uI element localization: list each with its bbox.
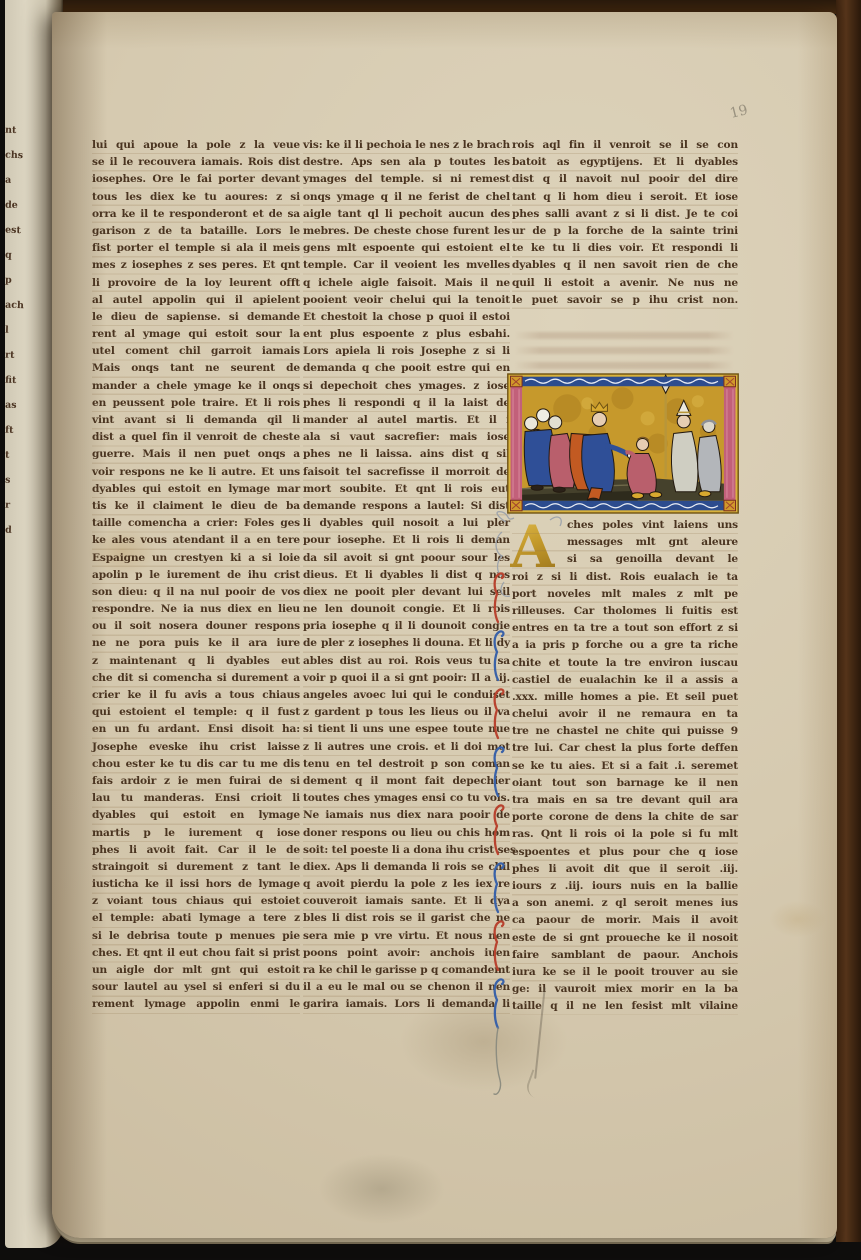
text-line: orra ke il te responderont et de sa (92, 206, 300, 223)
text-line: chelui avoir il ne remaura en ta (512, 706, 738, 723)
book-cover-right-edge (836, 0, 861, 1242)
text-line: ach (5, 301, 29, 312)
text-line: mander al autel martis. Et il i (303, 412, 510, 429)
text-column-1: lui qui apoue la pole z la veuese il le … (92, 137, 300, 1014)
text-line: che dit si comencha si durement a (92, 670, 300, 687)
text-line: tra mais en sa tre devant quil ara (512, 792, 738, 809)
text-line: son dieu: q il na nul pooir de vos (92, 584, 300, 601)
gutter-text-fragments: ntchsadeestqpachlrtfitasfttsrd (5, 126, 29, 536)
text-line: mander a chele ymage ke il onqs (92, 378, 300, 395)
text-line: mes z iosephes z ses peres. Et qnt (92, 257, 300, 274)
text-line: rilleuses. Car tholomes li fuitis est (512, 603, 738, 620)
text-line: nt (5, 126, 29, 137)
text-line: dement q il mont fait depechier (303, 773, 510, 790)
text-line: q ichele aigle faisoit. Mais il ne (303, 275, 510, 292)
text-line: tis ke il claiment le dieu de ba (92, 498, 300, 515)
text-line: dyables qui estoit en lymage mar (92, 481, 300, 498)
text-line: z gardent p tous les lieus ou il va (303, 704, 510, 721)
text-line: diex. Aps li demanda li rois se chil (303, 859, 510, 876)
text-line: a ia pris p forche ou a gre ta riche (512, 637, 738, 654)
text-line: sour lautel au ysel si enferi si du (92, 979, 300, 996)
text-line: phes li avoit fait. Car il le de (92, 842, 300, 859)
text-line: al autel appolin qui il apielent (92, 292, 300, 309)
text-line: dieus. Et li dyables li dist q nus (303, 567, 510, 584)
text-line: Et chestoit la chose p quoi il estoi (303, 309, 510, 326)
text-line: z maintenant q li dyables eut (92, 653, 300, 670)
text-line: diex ne pooit pler devant lui seil (303, 584, 510, 601)
text-line: espoentes et plus pour che q iose (512, 844, 738, 861)
text-line: ala si vaut sacrefier: mais iose (303, 429, 510, 446)
text-line: vint avant si li demanda qil li (92, 412, 300, 429)
text-line: Lors apiela li rois Josephe z si li (303, 343, 510, 360)
text-line: iosephes. Ore le fai porter devant (92, 171, 300, 188)
text-line: gens mlt espoente qui estoient el (303, 240, 510, 257)
text-line: onqs ymage q il ne ferist de chel (303, 189, 510, 206)
text-line: t (5, 451, 29, 462)
text-line: temple. Car il veoient les mvelles (303, 257, 510, 274)
text-line: il a eu le mal ou se chenon il nen (303, 979, 510, 996)
court-scene-miniature (507, 373, 739, 514)
text-line: de pler z iosephes li douna. Et li dy (303, 635, 510, 652)
text-line: soit: tel poeste li a dona ihu crist ses (303, 842, 510, 859)
text-line: si sa genoilla devant le (567, 551, 738, 568)
miniature-illustration (507, 373, 739, 514)
text-line: taille q il ne len fesist mlt vilaine (512, 998, 738, 1015)
text-line: poons point avoir: anchois iuen (303, 945, 510, 962)
text-line: phes li avoit dit que il seroit .iij. (512, 861, 738, 878)
text-line: voir respons ne ke li autre. Et uns (92, 464, 300, 481)
text-line: rois aql fin il venroit se il se con (512, 137, 738, 154)
text-line: respondre. Ne ia nus diex en lieu (92, 601, 300, 618)
text-line: chou ester ke tu dis car tu me dis (92, 756, 300, 773)
text-line: rent al ymage qui estoit sour la (92, 326, 300, 343)
text-line: aigle tant ql li pechoit aucun des (303, 206, 510, 223)
manuscript-photo: ntchsadeestqpachlrtfitasfttsrd 19 lui qu… (0, 0, 861, 1260)
text-line: l (5, 326, 29, 337)
text-line: le puet savoir se p ihu crist non. (512, 292, 738, 309)
text-line: chs (5, 151, 29, 162)
text-line: bles li dist rois se il garist che ne (303, 910, 510, 927)
text-line: chite et toute la tre environ iuscau (512, 655, 738, 672)
flourish-icon (490, 570, 508, 1100)
text-line: phes ne li laissa. ains dist q sil (303, 446, 510, 463)
text-line: demande respons a lautel: Si dist (303, 498, 510, 515)
text-column-3-upper: rois aql fin il venroit se il se conbato… (512, 137, 738, 309)
text-line: iours z .iij. iours nuis en la ballie (512, 878, 738, 895)
text-line: oiant tout son barnage ke il nen (512, 775, 738, 792)
text-column-3-lower: ches poles vint laiens unsmessages mlt g… (512, 517, 738, 1015)
manuscript-page: 19 lui qui apoue la pole z la veuese il … (52, 12, 837, 1238)
text-line: qui estoient el temple: q il fust (92, 704, 300, 721)
text-line: ras. Qnt li rois oi la pole si fu mlt (512, 826, 738, 843)
text-line: ft (5, 426, 29, 437)
text-line: q (5, 251, 29, 262)
text-line: quil li estoit a avenir. Ne nus ne (512, 275, 738, 292)
text-line: pria iosephe q il li dounoit congie (303, 618, 510, 635)
text-line: tous les diex ke tu aoures: z si (92, 189, 300, 206)
text-line: a son anemi. z ql seroit menes ius (512, 895, 738, 912)
text-line: fist porter el temple si ala il meis (92, 240, 300, 257)
text-line: le dieu de sapiense. si demande (92, 309, 300, 326)
text-line: ge: il vauroit miex morir en la ba (512, 981, 738, 998)
text-line: un aigle dor mlt gnt qui estoit (92, 962, 300, 979)
text-line: doner respons ou lieu ou chis hom (303, 825, 510, 842)
text-line: pooient veoir chelui qui la tenoit (303, 292, 510, 309)
text-line: entres en ta tre a tout son effort z si (512, 620, 738, 637)
text-line: ches. Et qnt il eut chou fait si prist (92, 945, 300, 962)
text-line: fais ardoir z ie men fuirai de si (92, 773, 300, 790)
text-line: lui qui apoue la pole z la veue (92, 137, 300, 154)
text-line: tant q li hom dieu i seroit. Et iose (512, 189, 738, 206)
text-line: angeles avoec lui qui le conduiset (303, 687, 510, 704)
text-line: ent plus espoente z plus esbahi. (303, 326, 510, 343)
text-line: iusticha ke il issi hors de lymage (92, 876, 300, 893)
text-line: ne len dounoit congie. Et li rois (303, 601, 510, 618)
text-line: castiel de eualachin ke il a assis a (512, 672, 738, 689)
text-line: de (5, 201, 29, 212)
text-line: porte corone de dens la chite de sar (512, 809, 738, 826)
text-line: sera mie p vre virtu. Et nous nen (303, 928, 510, 945)
text-column-2: vis: ke il li pechoia le nes z le brachd… (303, 137, 510, 1014)
text-line: ra ke chil le garisse p q comandemt (303, 962, 510, 979)
text-line: martis p le iurement q iose (92, 825, 300, 842)
text-line: faire samblant de paour. Anchois (512, 947, 738, 964)
text-line: rement lymage appolin enmi le (92, 996, 300, 1013)
text-line: se ke tu aies. Et si a fait .i. seremet (512, 758, 738, 775)
text-line: voir p quoi il a si gnt pooir: Il a .ij. (303, 670, 510, 687)
text-line: phes li respondi q il la laist de (303, 395, 510, 412)
text-line: se il le recouvera iamais. Rois dist (92, 154, 300, 171)
text-line: li provoire de la loy leurent offt (92, 275, 300, 292)
text-line: port noveles mlt males z mlt pe (512, 586, 738, 603)
text-line: z voiant tous chiaus qui estoiet (92, 893, 300, 910)
text-line: vis: ke il li pechoia le nes z le brach (303, 137, 510, 154)
text-line: guerre. Mais il nen puet onqs a (92, 446, 300, 463)
text-line: este de si gnt proueche ke il nosoit (512, 930, 738, 947)
text-line: ne ne pora puis ke il ara iure (92, 635, 300, 652)
text-line: Ne iamais nus diex nara pooir de (303, 807, 510, 824)
text-line: crier ke il fu avis a tous chiaus (92, 687, 300, 704)
text-line: ur de p la forche de la sainte trini (512, 223, 738, 240)
text-line: Mais onqs tant ne seurent de (92, 360, 300, 377)
text-line: garison z de ta bataille. Lors le (92, 223, 300, 240)
text-line: fit (5, 376, 29, 387)
text-line: est (5, 226, 29, 237)
text-line: p (5, 276, 29, 287)
text-line: tenu en tel destroit p son coman (303, 756, 510, 773)
text-line: tre lui. Car chest la plus forte deffen (512, 740, 738, 757)
text-line: messages mlt gnt aleure (567, 534, 738, 551)
text-line: li dyables quil nosoit a lui pler (303, 515, 510, 532)
folio-number: 19 (728, 102, 749, 122)
text-line: ca paour de morir. Mais il avoit (512, 912, 738, 929)
text-line: Josephe eveske ihu crist laisse (92, 739, 300, 756)
text-line: tre ne chastel ne chite qui puisse 9 (512, 723, 738, 740)
text-line: roi z si li dist. Rois eualach ie ta (512, 569, 738, 586)
text-line: couveroit iamais sante. Et li dya (303, 893, 510, 910)
text-line: en peussent pole traire. Et li rois (92, 395, 300, 412)
text-line: taille comencha a crier: Foles ges (92, 515, 300, 532)
text-line: ke ales vous atendant il a en tere (92, 532, 300, 549)
text-line: as (5, 401, 29, 412)
text-line: apolin p le iurement de ihu crist (92, 567, 300, 584)
pen-flourish-bar (490, 570, 508, 1090)
text-line: dist q il navoit nul pooir del dire (512, 171, 738, 188)
text-line: ou il soit nosera douner respons (92, 618, 300, 635)
text-line: si tient li uns une espee toute nue (303, 721, 510, 738)
text-line: iura ke se il le pooit trouver au sie (512, 964, 738, 981)
text-line: el temple: abati lymage a tere z (92, 910, 300, 927)
text-line: da sil avoit si gnt poour sour les (303, 550, 510, 567)
text-line: ymages del temple. si ni remest (303, 171, 510, 188)
text-line: lau tu manderas. Ensi crioit li (92, 790, 300, 807)
text-line: toutes ches ymages ensi co tu vois. (303, 790, 510, 807)
text-line: destre. Aps sen ala p toutes les (303, 154, 510, 171)
text-line: mebres. De cheste chose furent les (303, 223, 510, 240)
text-line: batoit as egyptijens. Et li dyables (512, 154, 738, 171)
text-line: demanda q che pooit estre qui en (303, 360, 510, 377)
text-line: q avoit pierdu la pole z les iex re (303, 876, 510, 893)
text-line: z li autres une crois. et li doi mot (303, 739, 510, 756)
text-line: Espaigne un crestyen ki a si loie (92, 550, 300, 567)
text-line: rt (5, 351, 29, 362)
text-line: d (5, 526, 29, 537)
text-line: en un fu ardant. Ensi disoit ha: (92, 721, 300, 738)
text-line: utel coment chil garroit iamais (92, 343, 300, 360)
text-line: te ke tu li dies voir. Et respondi li (512, 240, 738, 257)
text-line: si depechoit ches ymages. z iose (303, 378, 510, 395)
text-line: dist a quel fin il venroit de cheste (92, 429, 300, 446)
text-line: a (5, 176, 29, 187)
text-line: ables dist au roi. Rois veus tu sa (303, 653, 510, 670)
text-line: r (5, 501, 29, 512)
text-line: faisoit tel sacrefisse il morroit de (303, 464, 510, 481)
text-line: phes salli avant z si li dist. Je te coi (512, 206, 738, 223)
text-line: dyables qui estoit en lymage (92, 807, 300, 824)
text-line: dyables q il nen savoit rien de che (512, 257, 738, 274)
text-line: ches poles vint laiens uns (567, 517, 738, 534)
text-line: pour iosephe. Et li rois li deman (303, 532, 510, 549)
text-line: .xxx. mille homes a pie. Et seil puet (512, 689, 738, 706)
text-line: garira iamais. Lors li demanda li (303, 996, 510, 1013)
text-line: mort soubite. Et qnt li rois eut (303, 481, 510, 498)
text-line: straingoit si durement z tant le (92, 859, 300, 876)
text-line: s (5, 476, 29, 487)
text-line: si le debrisa toute p menues pie (92, 928, 300, 945)
